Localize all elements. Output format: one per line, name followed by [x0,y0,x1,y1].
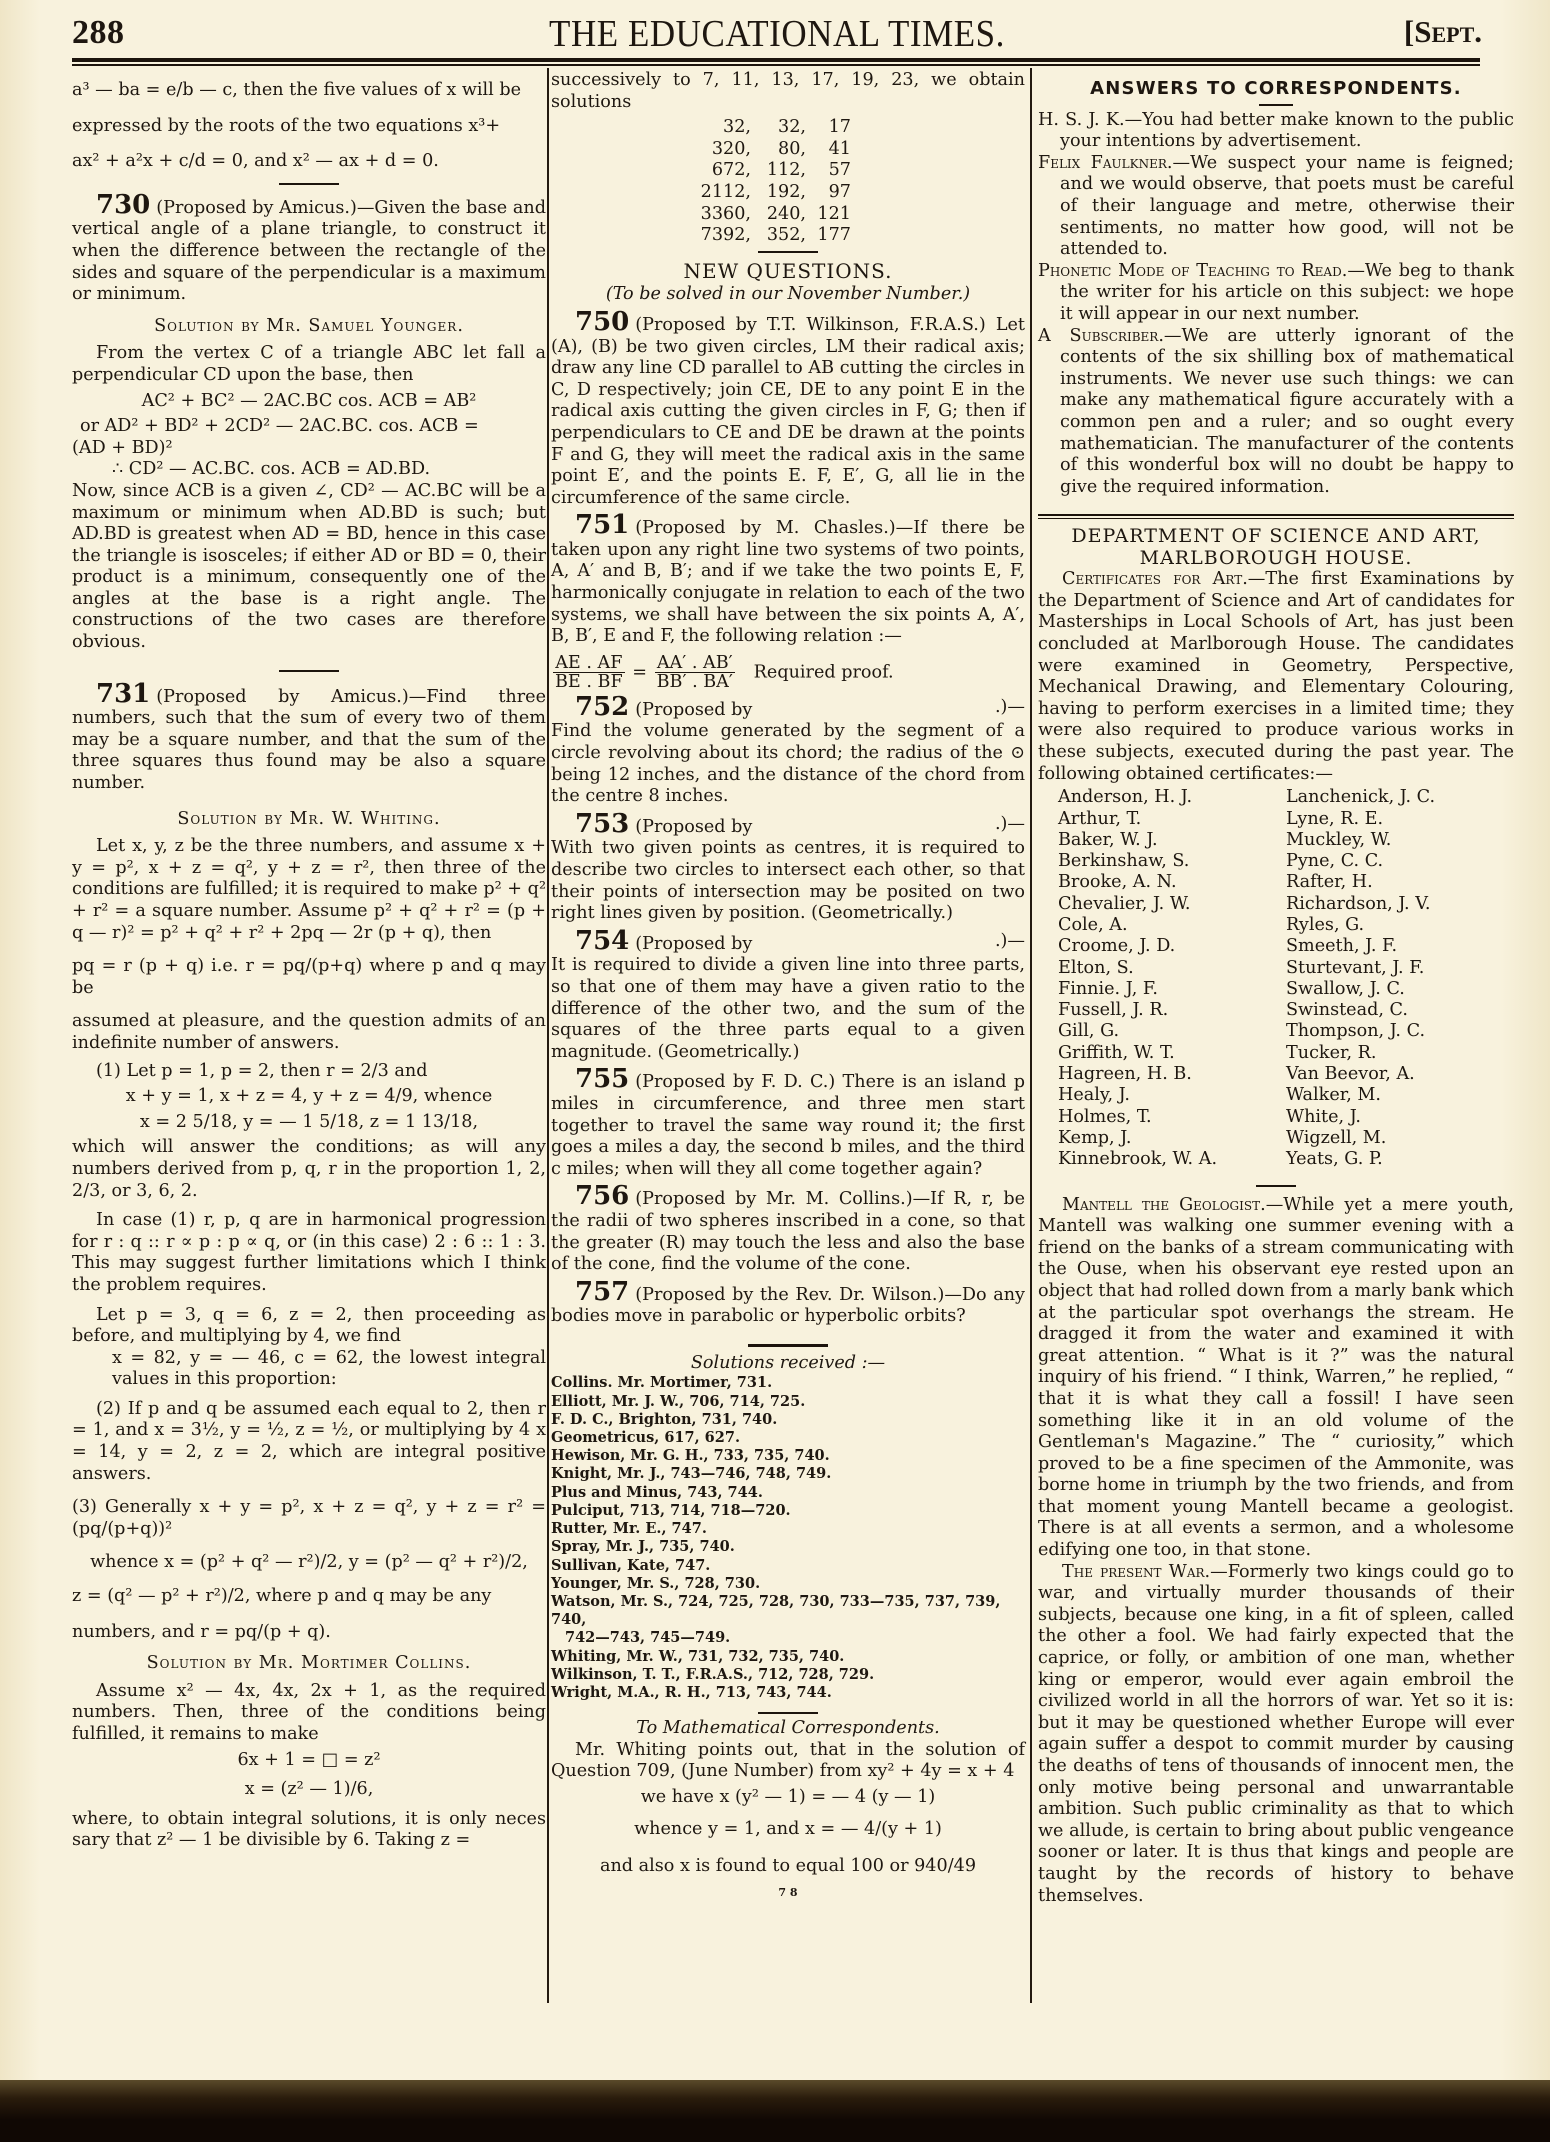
equation: we have x (y² — 1) = — 4 (y — 1) [551,1787,1025,1809]
solutions-table: 32,32,17 320,80,41 672,112,57 2112,192,9… [661,117,1025,247]
list-item: Watson, Mr. S., 724, 725, 728, 730, 733—… [551,1593,1025,1629]
solutions-received-list: Collins. Mr. Mortimer, 731. Elliott, Mr.… [551,1374,1025,1702]
list-item: Arthur, T. [1058,809,1286,830]
column-middle: successively to 7, 11, 13, 17, 19, 23, w… [551,70,1025,1903]
list-item: Gill, G. [1058,1021,1286,1042]
equation-line: expressed by the roots of the two equati… [72,116,546,138]
list-item: Pulciput, 713, 714, 718—720. [551,1502,1025,1520]
equation-line: z = (q² — p² + r²)/2, where p and q may … [72,1586,546,1608]
paragraph: (1) Let p = 1, p = 2, then r = 2/3 and [72,1061,546,1083]
question-number: 730 [96,190,150,220]
list-item: Van Beevor, A. [1286,1064,1514,1085]
article-present-war: The present War.—Formerly two kings coul… [1038,1562,1514,1908]
equation: x = 2 5/18, y = — 1 5/18, z = 1 13/18, [72,1112,546,1134]
answer-item: A Subscriber.—We are utterly ignorant of… [1038,326,1514,499]
list-item: Finnie. J, F. [1058,979,1286,1000]
answer-item: Phonetic Mode of Teaching to Read.—We be… [1038,261,1514,326]
column-divider [547,68,549,2003]
signature-mark: 7 8 [551,1882,1025,1904]
equation: 6x + 1 = □ = z² [72,1750,546,1772]
list-item: Wright, M.A., R. H., 713, 743, 744. [551,1684,1025,1702]
dept-subtitle: MARLBOROUGH HOUSE. [1038,547,1514,569]
question-number: 731 [96,679,150,709]
list-item: Fussell, J. R. [1058,1000,1286,1021]
list-item: Smeeth, J. F. [1286,936,1514,957]
list-item: Chevalier, J. W. [1058,894,1286,915]
list-item: Elliott, Mr. J. W., 706, 714, 725. [551,1393,1025,1411]
section-rule [1038,514,1514,516]
paragraph: Now, since ACB is a given ∠, CD² — AC.BC… [72,481,546,654]
list-item: White, J. [1286,1107,1514,1128]
list-item: Rutter, Mr. E., 747. [551,1520,1025,1538]
question-750: 750(Proposed by T.T. Wilkinson, F.R.A.S.… [551,312,1025,509]
section-rule [279,670,339,672]
paragraph: Let p = 3, q = 6, z = 2, then proceeding… [72,1305,546,1348]
paragraph: Assume x² — 4x, 4x, 2x + 1, as the requi… [72,1681,546,1746]
list-item: Kemp, J. [1058,1128,1286,1149]
list-item: Baker, W. J. [1058,830,1286,851]
page-header: 288 THE EDUCATIONAL TIMES. [Sept. [72,6,1482,58]
names-right: Lanchenick, J. C. Lyne, R. E. Muckley, W… [1286,787,1514,1170]
list-item: Elton, S. [1058,958,1286,979]
list-item: Muckley, W. [1286,830,1514,851]
section-rule [758,251,818,253]
table-row: 32,32,17 [661,117,1025,139]
column-right: ANSWERS TO CORRESPONDENTS. H. S. J. K.—Y… [1038,70,1514,1907]
list-item: Sullivan, Kate, 747. [551,1557,1025,1575]
list-item: Lyne, R. E. [1286,809,1514,830]
section-subtitle: (To be solved in our November Number.) [551,284,1025,306]
equation: x = (z² — 1)/6, [72,1779,546,1801]
solution-heading: Solution by Mr. W. Whiting. [72,809,546,831]
list-item: Spray, Mr. J., 735, 740. [551,1538,1025,1556]
answer-item: Felix Faulkner.—We suspect your name is … [1038,153,1514,261]
article-mantell: Mantell the Geologist.—While yet a mere … [1038,1195,1514,1562]
column-divider [1030,68,1032,2003]
paragraph: Let x, y, z be the three numbers, and as… [72,836,546,944]
solutions-received-title: Solutions received :— [551,1353,1025,1375]
section-title: To Mathematical Correspondents. [551,1718,1025,1740]
equation-line: pq = r (p + q) i.e. r = pq/(p+q) where p… [72,956,546,999]
list-item: Younger, Mr. S., 728, 730. [551,1575,1025,1593]
list-item: Geometricus, 617, 627. [551,1429,1025,1447]
list-item: Richardson, J. V. [1286,894,1514,915]
header-rule-thin [72,64,1480,66]
question-753-head: 753(Proposed by.)— [551,814,1025,839]
list-item: Berkinshaw, S. [1058,851,1286,872]
question-753: With two given points as centres, it is … [551,838,1025,924]
list-item: Swallow, J. C. [1286,979,1514,1000]
equation: AE . AFBE . BF = AA′ . AB′BB′ . BA′ Requ… [551,654,1025,691]
equation-line: ax² + a²x + c/d = 0, and x² — ax + d = 0… [72,151,546,173]
equation: x + y = 1, x + z = 4, y + z = 4/9, whenc… [72,1086,546,1108]
equation-line: (3) Generally x + y = p², x + z = q², y … [72,1497,546,1540]
table-row: 2112,192,97 [661,182,1025,204]
newspaper-page: 288 THE EDUCATIONAL TIMES. [Sept. a³ — b… [0,0,1550,2082]
paragraph: In case (1) r, p, q are in harmonical pr… [72,1210,546,1296]
list-item: Lanchenick, J. C. [1286,787,1514,808]
list-item: F. D. C., Brighton, 731, 740. [551,1411,1025,1429]
equation: or AD² + BD² + 2CD² — 2AC.BC. cos. ACB = [72,416,546,438]
list-item: Cole, A. [1058,915,1286,936]
column-left: a³ — ba = e/b — c, then the five values … [72,70,546,1852]
list-item: Holmes, T. [1058,1107,1286,1128]
equation-line: numbers, and r = pq/(p + q). [72,1622,546,1644]
question-755: 755(Proposed by F. D. C.) There is an is… [551,1069,1025,1180]
paragraph: (2) If p and q be assumed each equal to … [72,1399,546,1485]
question-731: 731(Proposed by Amicus.)—Find three numb… [72,684,546,795]
table-row: 7392,352,177 [661,225,1025,247]
certificate-names: Anderson, H. J. Arthur, T. Baker, W. J. … [1058,787,1514,1170]
question-751: 751(Proposed by M. Chasles.)—If there be… [551,515,1025,648]
solution-heading: Solution by Mr. Mortimer Collins. [72,1653,546,1675]
question-754: It is required to divide a given line in… [551,955,1025,1063]
list-item: Ryles, G. [1286,915,1514,936]
section-title: NEW QUESTIONS. [551,261,1025,283]
section-rule [748,1344,828,1347]
equation: whence x = (p² + q² — r²)/2, y = (p² — q… [72,1552,546,1574]
question-752: Find the volume generated by the segment… [551,721,1025,807]
paragraph: From the vertex C of a triangle ABC let … [72,343,546,386]
header-rule [72,58,1480,62]
list-item: Brooke, A. N. [1058,872,1286,893]
list-item: Healy, J. [1058,1085,1286,1106]
list-item: Wigzell, M. [1286,1128,1514,1149]
masthead-title: THE EDUCATIONAL TIMES. [128,12,1425,56]
list-item: Hewison, Mr. G. H., 733, 735, 740. [551,1447,1025,1465]
question-754-head: 754(Proposed by.)— [551,931,1025,956]
paragraph: Mr. Whiting points out, that in the solu… [551,1740,1025,1783]
list-item: Anderson, H. J. [1058,787,1286,808]
paragraph: assumed at pleasure, and the question ad… [72,1011,546,1054]
list-item: Pyne, C. C. [1286,851,1514,872]
paragraph: where, to obtain integral solutions, it … [72,1809,546,1852]
table-row: 672,112,57 [661,160,1025,182]
solution-heading: Solution by Mr. Samuel Younger. [72,316,546,338]
equation: AC² + BC² — 2AC.BC cos. ACB = AB² [72,391,546,413]
list-item: 742—743, 745—749. [551,1629,1025,1647]
equation-line: a³ — ba = e/b — c, then the five values … [72,80,546,102]
question-756: 756(Proposed by Mr. M. Collins.)—If R, r… [551,1186,1025,1275]
list-item: Whiting, Mr. W., 731, 732, 735, 740. [551,1648,1025,1666]
list-item: Griffith, W. T. [1058,1043,1286,1064]
list-item: Yeats, G. P. [1286,1149,1514,1170]
paragraph: x = 82, y = — 46, c = 62, the lowest int… [72,1348,546,1391]
section-rule [1256,1185,1296,1187]
section-rule-thin [1038,518,1514,519]
list-item: Kinnebrook, W. A. [1058,1149,1286,1170]
equation: and also x is found to equal 100 or 940/… [551,1856,1025,1878]
list-item: Collins. Mr. Mortimer, 731. [551,1374,1025,1392]
question-757: 757(Proposed by the Rev. Dr. Wilson.)—Do… [551,1282,1025,1328]
list-item: Walker, M. [1286,1085,1514,1106]
issue-month: [Sept. [1404,14,1482,50]
equation: (AD + BD)² [72,438,546,460]
table-row: 3360,240,121 [661,204,1025,226]
list-item: Tucker, R. [1286,1043,1514,1064]
list-item: Thompson, J. C. [1286,1021,1514,1042]
dept-title: DEPARTMENT OF SCIENCE AND ART, [1038,525,1514,547]
scan-bottom-edge [0,2080,1550,2142]
section-rule [279,183,339,185]
list-item: Sturtevant, J. F. [1286,958,1514,979]
names-left: Anderson, H. J. Arthur, T. Baker, W. J. … [1058,787,1286,1170]
section-rule [758,1712,818,1714]
question-730: 730(Proposed by Amicus.)—Given the base … [72,195,546,306]
list-item: Hagreen, H. B. [1058,1064,1286,1085]
equation: whence y = 1, and x = — 4/(y + 1) [551,1819,1025,1841]
section-rule [1259,104,1293,106]
list-item: Knight, Mr. J., 743—746, 748, 749. [551,1465,1025,1483]
list-item: Rafter, H. [1286,872,1514,893]
section-title: ANSWERS TO CORRESPONDENTS. [1038,78,1514,100]
table-row: 320,80,41 [661,139,1025,161]
answer-item: H. S. J. K.—You had better make known to… [1038,110,1514,153]
paragraph: successively to 7, 11, 13, 17, 19, 23, w… [551,70,1025,113]
list-item: Swinstead, C. [1286,1000,1514,1021]
page-number: 288 [72,14,125,52]
paragraph: which will answer the conditions; as wil… [72,1137,546,1202]
list-item: Croome, J. D. [1058,936,1286,957]
equation: ∴ CD² — AC.BC. cos. ACB = AD.BD. [72,459,546,481]
list-item: Plus and Minus, 743, 744. [551,1484,1025,1502]
paragraph: Certificates for Art.—The first Examinat… [1038,569,1514,785]
list-item: Wilkinson, T. T., F.R.A.S., 712, 728, 72… [551,1666,1025,1684]
question-752-head: 752(Proposed by.)— [551,697,1025,722]
